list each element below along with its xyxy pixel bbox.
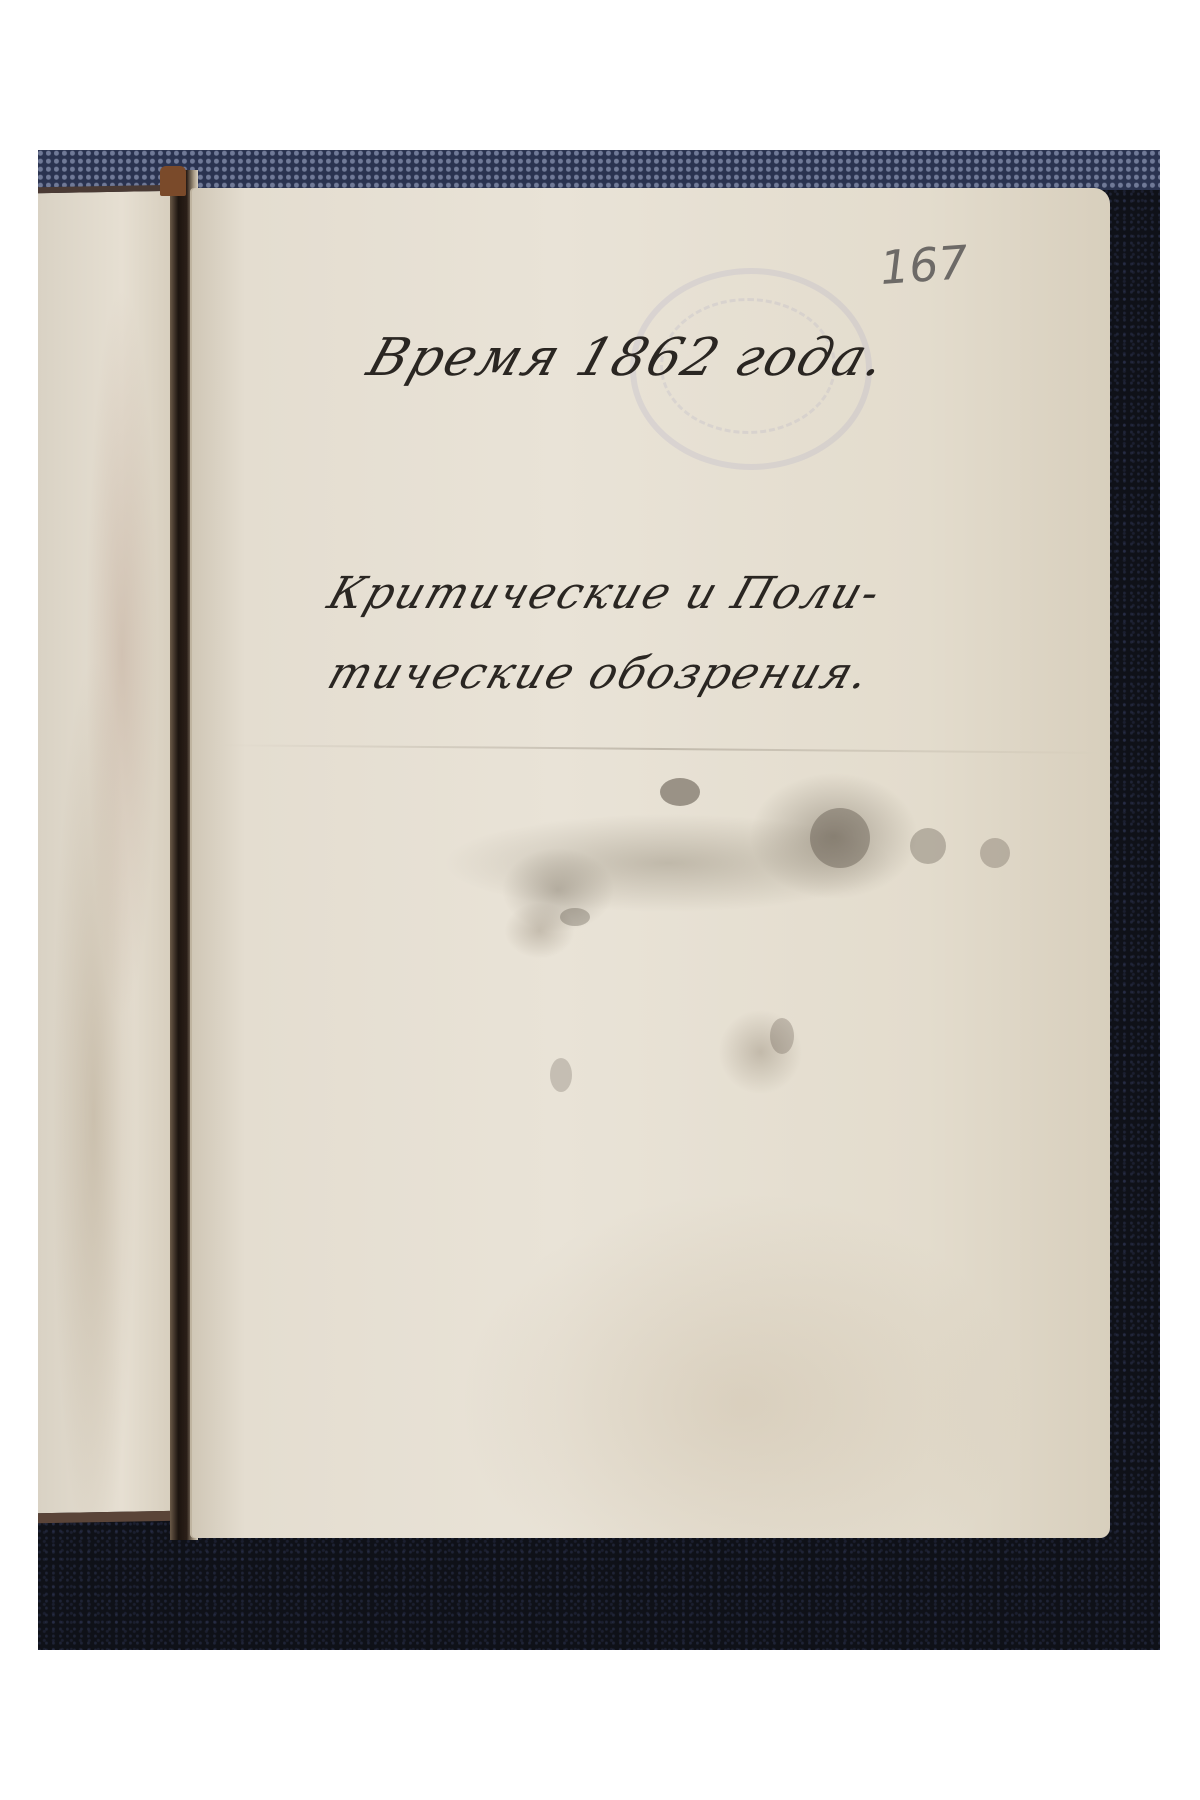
page-crease bbox=[220, 744, 1100, 754]
stain-spot bbox=[550, 1058, 572, 1092]
stain-spot bbox=[980, 838, 1010, 868]
backdrop-fabric bbox=[38, 150, 1160, 190]
stain-spot bbox=[660, 778, 700, 806]
handwritten-subtitle-line-2: тические обозрения. bbox=[322, 648, 878, 699]
stain-spot bbox=[770, 1018, 794, 1054]
handwritten-subtitle-line-1: Критические и Поли- bbox=[322, 568, 888, 619]
stain-spot bbox=[560, 908, 590, 926]
stain-spot bbox=[910, 828, 946, 864]
left-page-flap bbox=[38, 185, 178, 1523]
book-photo: 167 Время 1862 года. Критические и Поли-… bbox=[38, 150, 1160, 1650]
pencil-catalog-number: 167 bbox=[878, 235, 969, 295]
handwritten-title: Время 1862 года. bbox=[360, 328, 895, 388]
title-page: 167 Время 1862 года. Критические и Поли-… bbox=[190, 188, 1110, 1538]
stain-spot bbox=[810, 808, 870, 868]
spine-leather-cap bbox=[160, 166, 186, 196]
